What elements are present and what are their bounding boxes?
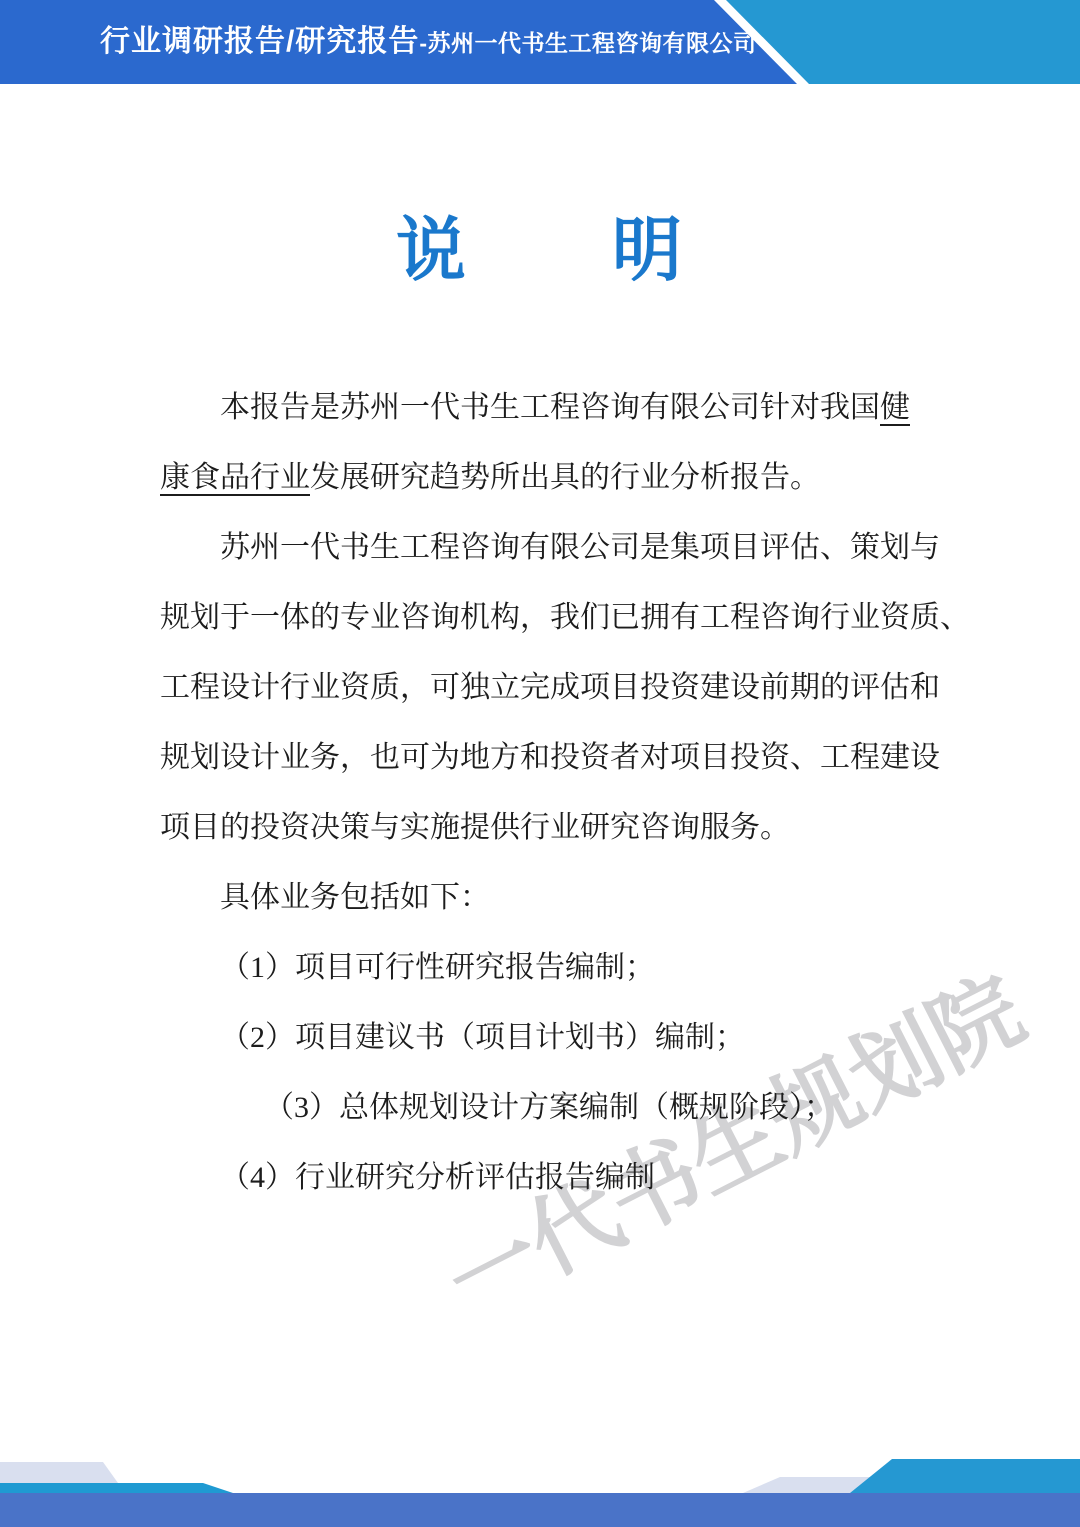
service-item-2: （2）项目建议书（项目计划书）编制； xyxy=(160,1003,944,1073)
paragraph2-line3: 工程设计行业资质，可独立完成项目投资建设前期的评估和 xyxy=(160,653,944,723)
header-company-name: -苏州一代书生工程咨询有限公司 xyxy=(419,30,756,56)
paragraph1-line2: 康食品行业发展研究趋势所出具的行业分析报告。 xyxy=(160,443,944,513)
paragraph2-line4: 规划设计业务，也可为地方和投资者对项目投资、工程建设 xyxy=(160,723,944,793)
service-item-3: （3）总体规划设计方案编制（概规阶段）； xyxy=(160,1073,944,1143)
paragraph1-line1-text: 本报告是苏州一代书生工程咨询有限公司针对我国 xyxy=(220,391,880,424)
paragraph2-line1: 苏州一代书生工程咨询有限公司是集项目评估、策划与 xyxy=(160,513,944,583)
report-page: 行业调研报告/研究报告-苏州一代书生工程咨询有限公司 说 明 一代书生规划院 本… xyxy=(0,0,1080,1527)
paragraph1-line1-underlined: 健 xyxy=(880,391,910,424)
header-title: 行业调研报告/研究报告-苏州一代书生工程咨询有限公司 xyxy=(100,0,757,84)
header-report-type: 行业调研报告/研究报告 xyxy=(100,25,419,58)
paragraph2-line5: 项目的投资决策与实施提供行业研究咨询服务。 xyxy=(160,793,944,863)
footer-decoration xyxy=(0,1457,1080,1527)
service-item-4: （4）行业研究分析评估报告编制 xyxy=(160,1143,944,1213)
service-item-1: （1）项目可行性研究报告编制； xyxy=(160,933,944,1003)
paragraph2-line2: 规划于一体的专业咨询机构，我们已拥有工程咨询行业资质、 xyxy=(160,583,944,653)
paragraph1-line2-underlined: 康食品行业 xyxy=(160,461,310,494)
footer-blue-bar xyxy=(0,1493,1080,1527)
page-title: 说 明 xyxy=(0,212,1080,289)
paragraph1-line2-text: 发展研究趋势所出具的行业分析报告。 xyxy=(310,461,820,494)
body-content: 本报告是苏州一代书生工程咨询有限公司针对我国健 康食品行业发展研究趋势所出具的行… xyxy=(160,373,944,1213)
header-banner: 行业调研报告/研究报告-苏州一代书生工程咨询有限公司 xyxy=(0,0,1080,84)
paragraph1-line1: 本报告是苏州一代书生工程咨询有限公司针对我国健 xyxy=(160,373,944,443)
section-intro: 具体业务包括如下： xyxy=(160,863,944,933)
